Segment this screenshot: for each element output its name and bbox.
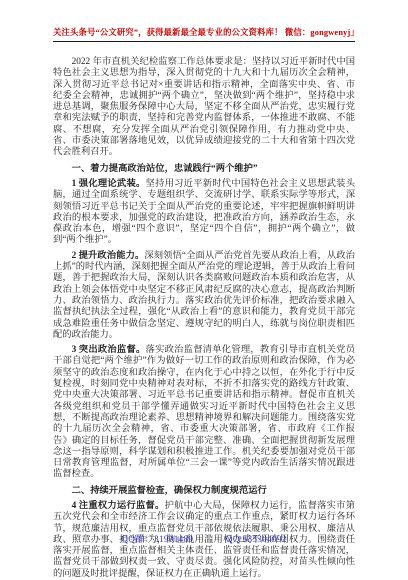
paragraph-3-lead: 3 突出政治监督。	[72, 345, 146, 355]
qq-number: QQ:535304092	[226, 534, 287, 544]
paragraph-3-text: 落实政治监督清单化管理，教育引导市直机关党员干部自觉把“两个维护”作为做好一切工…	[53, 345, 355, 479]
paragraph-2: 2 提升政治能力。深刻领悟“全面从严治党首先要从政治上看，从政治上抓”的时代内涵…	[53, 251, 355, 341]
intro-paragraph: 2022 年市直机关纪检监察工作总体要求是：坚持以习近平新时代中国特色社会主义思…	[53, 57, 355, 159]
document-body: 2022 年市直机关纪检监察工作总体要求是：坚持以习近平新时代中国特色社会主义思…	[53, 57, 355, 580]
paragraph-1-lead: 1 强化理论武装。	[72, 179, 146, 189]
paragraph-1: 1 强化理论武装。坚持用习近平新时代中国特色社会主义思想武装头脑，通过全面系统学…	[53, 179, 355, 247]
paragraph-3: 3 突出政治监督。落实政治监督清单化管理，教育引导市直机关党员干部自觉把“两个维…	[53, 345, 355, 481]
paragraph-4-lead: 4 注重权力运行监督。	[72, 501, 165, 511]
document-header: 关注头条号“公文研究”，获得最新最全最专业的公文资料库！ 微信：gongweny…	[53, 26, 355, 42]
header-promo-text: 关注头条号“公文研究”，获得最新最全最专业的公文资料库！ 微信：gongweny…	[53, 28, 359, 37]
document-footer: QQ群：31991489 QQ:535304092	[0, 531, 408, 545]
document-page: 关注头条号“公文研究”，获得最新最全最专业的公文资料库！ 微信：gongweny…	[0, 0, 408, 580]
section-1-heading: 一、着力提高政治站位，忠诚践行“两个维护”	[53, 164, 355, 175]
section-2-heading: 二、持续开展监督检查，确保权力制度规范运行	[53, 486, 355, 497]
paragraph-2-text: 深刻领悟“全面从严治党首先要从政治上看，从政治上抓”的时代内涵，深刻把握全面从严…	[53, 251, 355, 340]
qq-group-number: QQ群：31991489	[121, 534, 193, 544]
paragraph-2-lead: 2 提升政治能力。	[72, 251, 145, 261]
